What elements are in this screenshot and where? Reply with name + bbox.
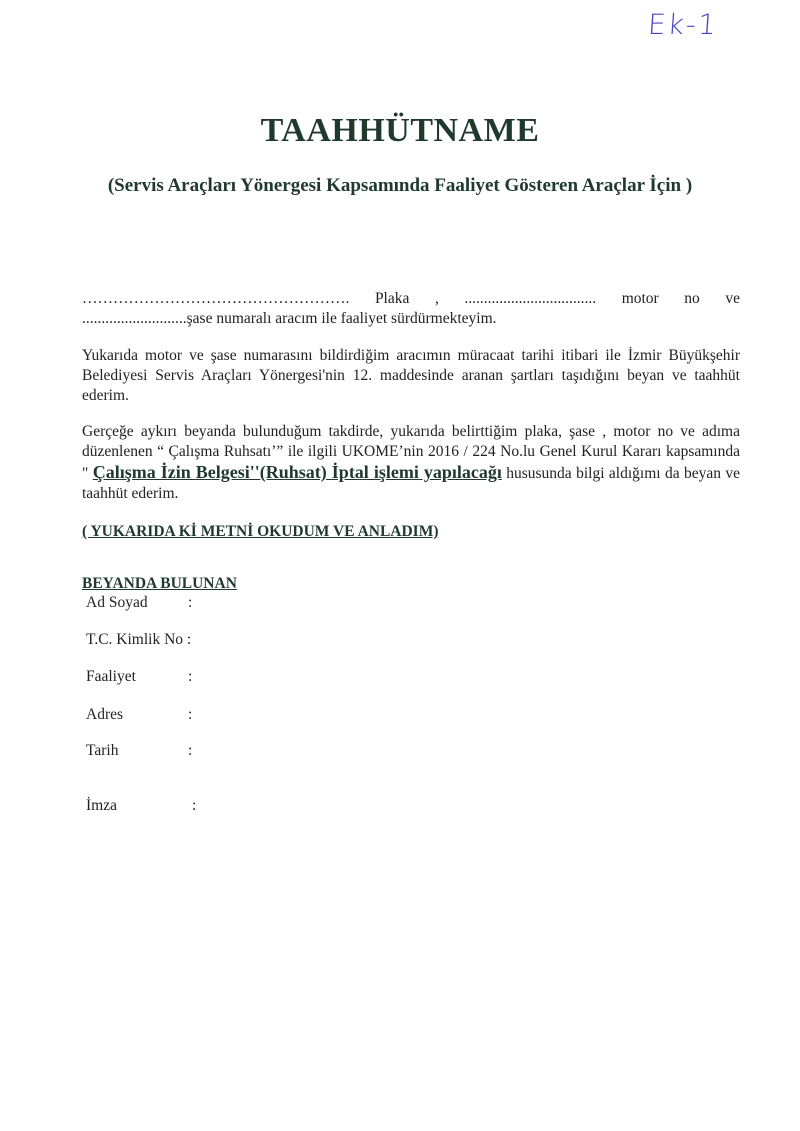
field-adres[interactable]: Adres: [86,706,192,724]
paragraph-declaration: Yukarıda motor ve şase numarasını bildir… [82,346,740,406]
chassis-blank[interactable]: ........................... [82,310,187,327]
document-subtitle: (Servis Araçları Yönergesi Kapsamında Fa… [0,175,800,197]
field-label: Ad Soyad [86,594,188,612]
field-colon: : [188,668,192,686]
field-colon: : [188,706,192,724]
vehicle-line-1: ……………………………………………. Plaka , .............… [82,290,740,308]
field-colon: : [188,594,192,612]
vehicle-line-2: ...........................şase numaralı… [82,310,497,328]
comma: , [435,290,439,308]
plate-blank[interactable]: ……………………………………………. [82,290,349,308]
acknowledgement-statement: ( YUKARIDA Kİ METNİ OKUDUM VE ANLADIM) [82,523,439,541]
document-title: TAAHHÜTNAME [0,112,800,150]
field-tarih[interactable]: Tarih: [86,742,192,760]
field-tc-kimlik-no[interactable]: T.C. Kimlik No : [86,631,191,649]
field-label: İmza [86,797,192,815]
field-label: T.C. Kimlik No [86,631,183,648]
handwritten-annotation: Ek-1 [647,8,719,41]
paragraph-consequence: Gerçeğe aykırı beyanda bulunduğum takdir… [82,422,740,504]
field-label: Faaliyet [86,668,188,686]
ve-word: ve [725,290,740,308]
highlighted-cancellation-text: Çalışma İzin Belgesi''(Ruhsat) İptal işl… [93,462,502,482]
field-label: Tarih [86,742,188,760]
field-colon: : [188,742,192,760]
motor-blank[interactable]: .................................. [464,290,596,308]
field-faaliyet[interactable]: Faaliyet: [86,668,192,686]
declarant-heading: BEYANDA BULUNAN [82,575,237,593]
motor-word: motor [622,290,659,308]
field-ad-soyad[interactable]: Ad Soyad: [86,594,192,612]
field-colon: : [192,797,196,815]
field-colon: : [187,631,191,649]
no-word: no [684,290,700,308]
field-label: Adres [86,706,188,724]
plate-label: Plaka [375,290,409,308]
chassis-text: şase numaralı aracım ile faaliyet sürdür… [187,310,497,327]
field-imza[interactable]: İmza: [86,797,196,815]
